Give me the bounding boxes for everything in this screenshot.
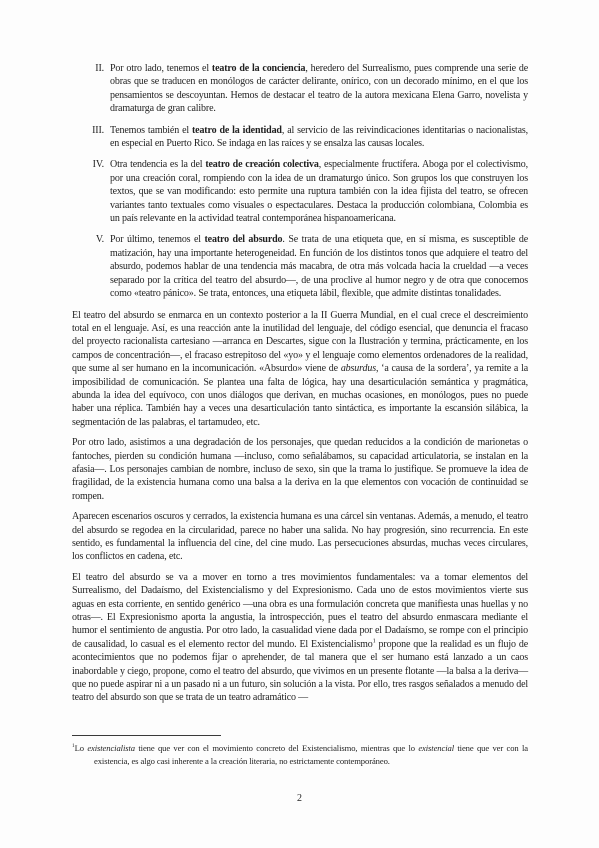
document-page: { "page": { "number": "2" }, "list": { "… <box>0 0 599 848</box>
text-block: II. Por otro lado, tenemos el teatro de … <box>72 62 528 712</box>
list-item-teatro-creacion-colectiva: IV. Otra tendencia es la del teatro de c… <box>110 158 528 225</box>
page-number: 2 <box>0 793 599 804</box>
list-item-text: Tenemos también el teatro de la identida… <box>110 125 528 149</box>
body-paragraph-escenarios: Aparecen escenarios oscuros y cerrados, … <box>72 510 528 564</box>
body-paragraph-context: El teatro del absurdo se enmarca en un c… <box>72 309 528 430</box>
list-item-text: Por otro lado, tenemos el teatro de la c… <box>110 63 528 114</box>
footnote: 1Lo existencialista tiene que ver con el… <box>72 742 528 768</box>
list-item-numeral: III. <box>72 124 104 137</box>
list-item-numeral: II. <box>72 62 104 75</box>
list-item-teatro-identidad: III. Tenemos también el teatro de la ide… <box>110 124 528 151</box>
body-paragraph-movimientos: El teatro del absurdo se va a mover en t… <box>72 571 528 705</box>
list-item-text: Otra tendencia es la del teatro de creac… <box>110 159 528 224</box>
footnote-block: 1Lo existencialista tiene que ver con el… <box>72 735 528 768</box>
body-paragraph-personajes: Por otro lado, asistimos a una degradaci… <box>72 436 528 503</box>
list-item-numeral: V. <box>72 233 104 246</box>
footnote-separator <box>72 735 221 736</box>
list-item-numeral: IV. <box>72 158 104 171</box>
list-item-text: Por último, tenemos el teatro del absurd… <box>110 234 528 299</box>
list-item-teatro-absurdo: V. Por último, tenemos el teatro del abs… <box>110 233 528 300</box>
list-item-teatro-conciencia: II. Por otro lado, tenemos el teatro de … <box>110 62 528 116</box>
